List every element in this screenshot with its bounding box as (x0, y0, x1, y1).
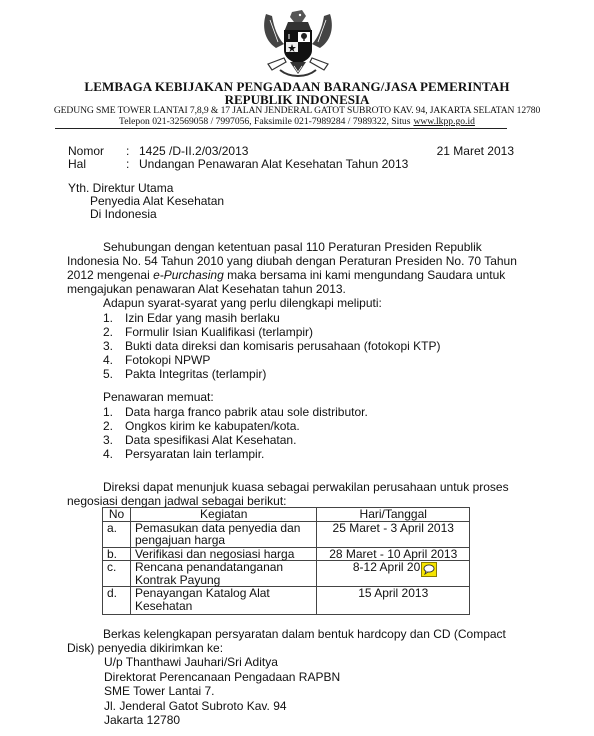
row-no: b. (103, 547, 131, 561)
e-purchasing-term: e-Purchasing (153, 268, 224, 282)
offer-intro: Penawaran memuat: (103, 390, 214, 404)
requirements-list: 1.Izin Edar yang masih berlaku2.Formulir… (103, 311, 441, 381)
website-link[interactable]: www.lkpp.go.id (413, 116, 474, 127)
recipient-line-3: Di Indonesia (90, 208, 157, 221)
address-line: U/p Thanthawi Jauhari/Sri Aditya (104, 656, 278, 669)
row-no: a. (103, 521, 131, 547)
hal-colon: : (126, 158, 129, 171)
list-item: 3.Data spesifikasi Alat Kesehatan. (103, 433, 368, 447)
address-line: Direktorat Perencanaan Pengadaan RAPBN (104, 671, 340, 684)
opening-paragraph: Sehubungan dengan ketentuan pasal 110 Pe… (67, 240, 517, 296)
row-kegiatan: Penayangan Katalog Alat Kesehatan (130, 587, 316, 615)
list-item: 3.Bukti data direksi dan komisaris perus… (103, 339, 441, 353)
list-item-number: 3. (103, 433, 125, 447)
letterhead-divider (55, 128, 507, 129)
table-row: d. Penayangan Katalog Alat Kesehatan 15 … (103, 587, 470, 615)
list-item-number: 4. (103, 447, 125, 461)
list-item-text: Ongkos kirim ke kabupaten/kota. (125, 419, 300, 433)
letter-page: LEMBAGA KEBIJAKAN PENGADAAN BARANG/JASA … (0, 0, 594, 736)
row-tanggal: 8-12 April 2013 (317, 561, 470, 587)
list-item-text: Fotokopi NPWP (125, 353, 210, 367)
row-tanggal: 15 April 2013 (317, 587, 470, 615)
list-item-text: Data spesifikasi Alat Kesehatan. (125, 433, 296, 447)
list-item: 1.Izin Edar yang masih berlaku (103, 311, 441, 325)
row-kegiatan: Pemasukan data penyedia dan pengajuan ha… (130, 521, 316, 547)
row-tanggal: 25 Maret - 3 April 2013 (317, 521, 470, 547)
list-item: 2.Formulir Isian Kualifikasi (terlampir) (103, 325, 441, 339)
table-header-row: No Kegiatan Hari/Tanggal (103, 508, 470, 522)
header-kegiatan: Kegiatan (130, 508, 316, 522)
list-item: 4.Persyaratan lain terlampir. (103, 447, 368, 461)
letter-date: 21 Maret 2013 (437, 145, 514, 158)
row-no: d. (103, 587, 131, 615)
organization-address: GEDUNG SME TOWER LANTAI 7,8,9 & 17 JALAN… (0, 105, 594, 116)
list-item-number: 1. (103, 311, 125, 325)
direksi-paragraph-text: Direksi dapat menunjuk kuasa sebagai per… (67, 480, 509, 508)
list-item-text: Pakta Integritas (terlampir) (125, 367, 266, 381)
table-row: a. Pemasukan data penyedia dan pengajuan… (103, 521, 470, 547)
header-tanggal: Hari/Tanggal (317, 508, 470, 522)
contact-numbers: Telepon 021-32569058 / 7997056, Faksimil… (119, 116, 410, 127)
organization-contact: Telepon 021-32569058 / 7997056, Faksimil… (0, 116, 594, 127)
closing-paragraph-text: Berkas kelengkapan persyaratan dalam ben… (67, 627, 506, 655)
row-kegiatan: Rencana penandatanganan Kontrak Payung (130, 561, 316, 587)
list-item-text: Izin Edar yang masih berlaku (125, 311, 280, 325)
offer-items-list: 1.Data harga franco pabrik atau sole dis… (103, 405, 368, 461)
table-row: c. Rencana penandatanganan Kontrak Payun… (103, 561, 470, 587)
row-no: c. (103, 561, 131, 587)
list-item-text: Persyaratan lain terlampir. (125, 447, 264, 461)
list-item-number: 1. (103, 405, 125, 419)
header-no: No (103, 508, 131, 522)
table-row: b. Verifikasi dan negosiasi harga 28 Mar… (103, 547, 470, 561)
list-item: 4.Fotokopi NPWP (103, 353, 441, 367)
list-item: 2.Ongkos kirim ke kabupaten/kota. (103, 419, 368, 433)
address-line: SME Tower Lantai 7. (104, 685, 215, 698)
direksi-paragraph: Direksi dapat menunjuk kuasa sebagai per… (67, 480, 517, 508)
list-item-text: Formulir Isian Kualifikasi (terlampir) (125, 325, 313, 339)
address-line: Jl. Jenderal Gatot Subroto Kav. 94 (104, 700, 287, 713)
garuda-emblem-icon (258, 8, 338, 80)
list-item: 5.Pakta Integritas (terlampir) (103, 367, 441, 381)
list-item-number: 5. (103, 367, 125, 381)
row-tanggal: 28 Maret - 10 April 2013 (317, 547, 470, 561)
comment-note-icon[interactable] (421, 562, 437, 577)
list-item-text: Data harga franco pabrik atau sole distr… (125, 405, 368, 419)
closing-paragraph: Berkas kelengkapan persyaratan dalam ben… (67, 627, 517, 655)
list-item-number: 3. (103, 339, 125, 353)
list-item-number: 2. (103, 325, 125, 339)
list-item-text: Bukti data direksi dan komisaris perusah… (125, 339, 441, 353)
address-line: Jakarta 12780 (104, 714, 180, 727)
row-kegiatan: Verifikasi dan negosiasi harga (130, 547, 316, 561)
requirements-intro: Adapun syarat-syarat yang perlu dilengka… (103, 296, 382, 310)
list-item-number: 4. (103, 353, 125, 367)
list-item: 1.Data harga franco pabrik atau sole dis… (103, 405, 368, 419)
list-item-number: 2. (103, 419, 125, 433)
schedule-table: No Kegiatan Hari/Tanggal a. Pemasukan da… (102, 507, 470, 615)
hal-value: Undangan Penawaran Alat Kesehatan Tahun … (139, 158, 408, 171)
hal-label: Hal (68, 158, 86, 171)
